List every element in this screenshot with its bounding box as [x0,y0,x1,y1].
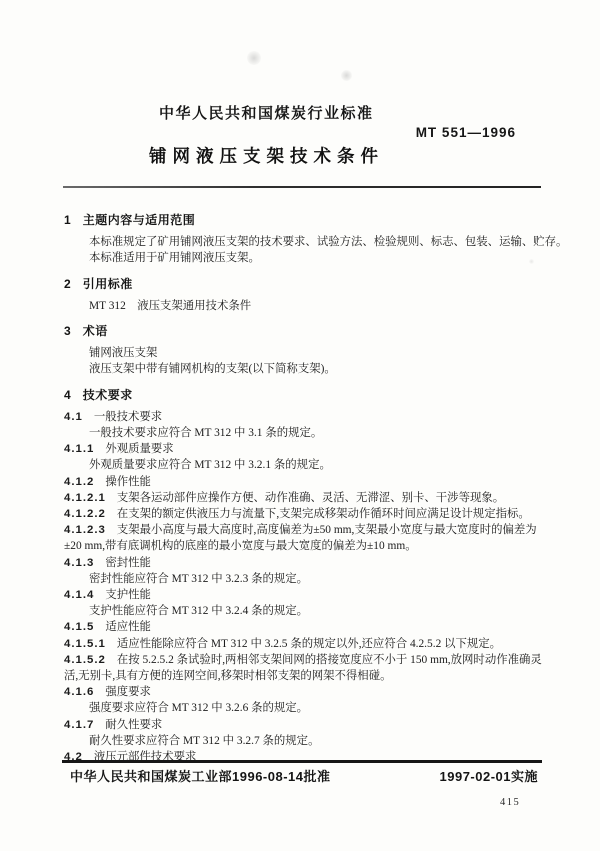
clause-line: 4.1.5.2在按 5.2.5.2 条试验时,两相邻支架间网的搭接宽度应不小于 … [64,652,542,668]
clause-number: 4 [64,388,72,402]
text-line: 本标准规定了矿用铺网液压支架的技术要求、试验方法、检验规则、标志、包装、运输、贮… [64,234,542,250]
clause-line: 4.1.2.2在支架的额定供液压力与流量下,支架完成移架动作循环时间应满足设计规… [64,506,542,522]
clause-number: 2 [64,277,72,291]
clause-number: 4.1.5.2 [64,654,106,666]
line-text: 操作性能 [105,476,151,488]
line-text: 适应性能除应符合 MT 312 中 3.2.5 条的规定以外,还应符合 4.2.… [117,638,501,650]
text-line: ±20 mm,带有底调机构的底座的最小宽度与最大宽度的偏差为±10 mm。 [64,538,542,554]
clause-line: 4.1.2操作性能 [64,474,542,490]
line-text: 一般技术要求应符合 MT 312 中 3.1 条的规定。 [89,427,322,439]
line-text: 本标准适用于矿用铺网液压支架。 [89,252,260,264]
text-line: 本标准适用于矿用铺网液压支架。 [64,250,542,266]
line-text: 支架最小高度与最大高度时,高度偏差为±50 mm,支架最小宽度与最大宽度时的偏差… [117,524,537,536]
text-line: 铺网液压支架 [64,345,542,361]
clause-number: 4.1.6 [64,686,94,698]
text-line: 外观质量要求应符合 MT 312 中 3.2.1 条的规定。 [64,457,542,473]
clause-line: 4.1.2.1支架各运动部件应操作方便、动作准确、灵活、无滞涩、别卡、干涉等现象… [64,490,542,506]
footer-row: 中华人民共和国煤炭工业部1996-08-14批准 1997-02-01实施 [70,766,538,785]
line-text: 密封性能 [105,557,151,569]
footer-rule [62,760,542,763]
clause-line: 4.1.7耐久性要求 [64,717,542,733]
chapter-heading: 3术语 [64,323,542,339]
clause-number: 4.1.4 [64,589,94,601]
clause-line: 4.1.5.1适应性能除应符合 MT 312 中 3.2.5 条的规定以外,还应… [64,636,542,652]
line-text: 强度要求 [105,686,151,698]
line-text: 在按 5.2.5.2 条试验时,两相邻支架间网的搭接宽度应不小于 150 mm,… [117,654,542,666]
chapter-heading: 2引用标准 [64,276,542,292]
scan-smudge [341,70,352,81]
clause-number: 4.1.5 [64,621,94,633]
clause-number: 4.1.2 [64,476,94,488]
clause-number: 4.1.2.2 [64,508,106,520]
clause-line: 4.1.2.3支架最小高度与最大高度时,高度偏差为±50 mm,支架最小宽度与最… [64,522,542,538]
document-body: 1主题内容与适用范围本标准规定了矿用铺网液压支架的技术要求、试验方法、检验规则、… [64,203,542,765]
line-text: 外观质量要求 [105,443,173,455]
line-text: 铺网液压支架 [89,347,157,359]
clause-line: 4.1.1外观质量要求 [64,441,542,457]
line-text: 引用标准 [83,277,133,291]
clause-line: 4.1.4支护性能 [64,587,542,603]
line-text: 液压支架中带有铺网机构的支架(以下简称支架)。 [89,363,336,375]
line-text: ±20 mm,带有底调机构的底座的最小宽度与最大宽度的偏差为±10 mm。 [64,540,417,552]
text-line: 耐久性要求应符合 MT 312 中 3.2.7 条的规定。 [64,733,542,749]
line-text: 技术要求 [83,388,133,402]
clause-number: 4.1.3 [64,557,94,569]
standard-number: MT 551—1996 [416,125,516,140]
text-line: 一般技术要求应符合 MT 312 中 3.1 条的规定。 [64,425,542,441]
standard-organization: 中华人民共和国煤炭行业标准 [159,102,374,123]
line-text: 密封性能应符合 MT 312 中 3.2.3 条的规定。 [89,573,308,585]
line-text: 强度要求应符合 MT 312 中 3.2.6 条的规定。 [89,702,308,714]
clause-number: 1 [64,213,72,227]
clause-line: 4.1.6强度要求 [64,684,542,700]
text-line: 支护性能应符合 MT 312 中 3.2.4 条的规定。 [64,603,542,619]
clause-number: 4.1.7 [64,719,94,731]
clause-number: 3 [64,324,72,338]
clause-line: 4.1一般技术要求 [64,409,542,425]
line-text: 支护性能 [105,589,151,601]
clause-number: 4.1.5.1 [64,638,106,650]
clause-line: 4.1.5适应性能 [64,619,542,635]
clause-number: 4.1.2.3 [64,524,106,536]
text-line: 液压支架中带有铺网机构的支架(以下简称支架)。 [64,361,542,377]
standard-title: 铺网液压支架技术条件 [149,143,384,168]
page-number: 415 [500,797,520,808]
document-page: 中华人民共和国煤炭行业标准 MT 551—1996 铺网液压支架技术条件 1主题… [0,0,600,851]
line-text: 外观质量要求应符合 MT 312 中 3.2.1 条的规定。 [89,459,331,471]
text-line: MT 312 液压支架通用技术条件 [64,298,542,314]
line-text: 本标准规定了矿用铺网液压支架的技术要求、试验方法、检验规则、标志、包装、运输、贮… [89,236,567,248]
header-rule [63,186,541,188]
line-text: MT 312 液压支架通用技术条件 [89,300,251,312]
line-text: 耐久性要求 [105,719,162,731]
line-text: 支架各运动部件应操作方便、动作准确、灵活、无滞涩、别卡、干涉等现象。 [117,492,504,504]
text-line: 密封性能应符合 MT 312 中 3.2.3 条的规定。 [64,571,542,587]
clause-number: 4.1.1 [64,443,94,455]
line-text: 耐久性要求应符合 MT 312 中 3.2.7 条的规定。 [89,735,319,747]
text-line: 活,无别卡,具有方便的连网空间,移架时相邻支架的网架不得相碰。 [64,668,542,684]
chapter-heading: 4技术要求 [64,387,542,403]
implementation-text: 1997-02-01实施 [440,766,539,785]
line-text: 活,无别卡,具有方便的连网空间,移架时相邻支架的网架不得相碰。 [64,670,391,682]
clause-number: 4.1 [64,411,83,423]
line-text: 术语 [83,324,108,338]
line-text: 适应性能 [105,621,151,633]
text-line: 强度要求应符合 MT 312 中 3.2.6 条的规定。 [64,700,542,716]
chapter-heading: 1主题内容与适用范围 [64,212,542,228]
line-text: 主题内容与适用范围 [83,213,196,227]
clause-number: 4.1.2.1 [64,492,106,504]
line-text: 在支架的额定供液压力与流量下,支架完成移架动作循环时间应满足设计规定指标。 [117,508,530,520]
clause-line: 4.1.3密封性能 [64,555,542,571]
line-text: 一般技术要求 [94,411,162,423]
scan-smudge [247,51,261,65]
line-text: 支护性能应符合 MT 312 中 3.2.4 条的规定。 [89,605,308,617]
approval-text: 中华人民共和国煤炭工业部1996-08-14批准 [70,766,331,785]
